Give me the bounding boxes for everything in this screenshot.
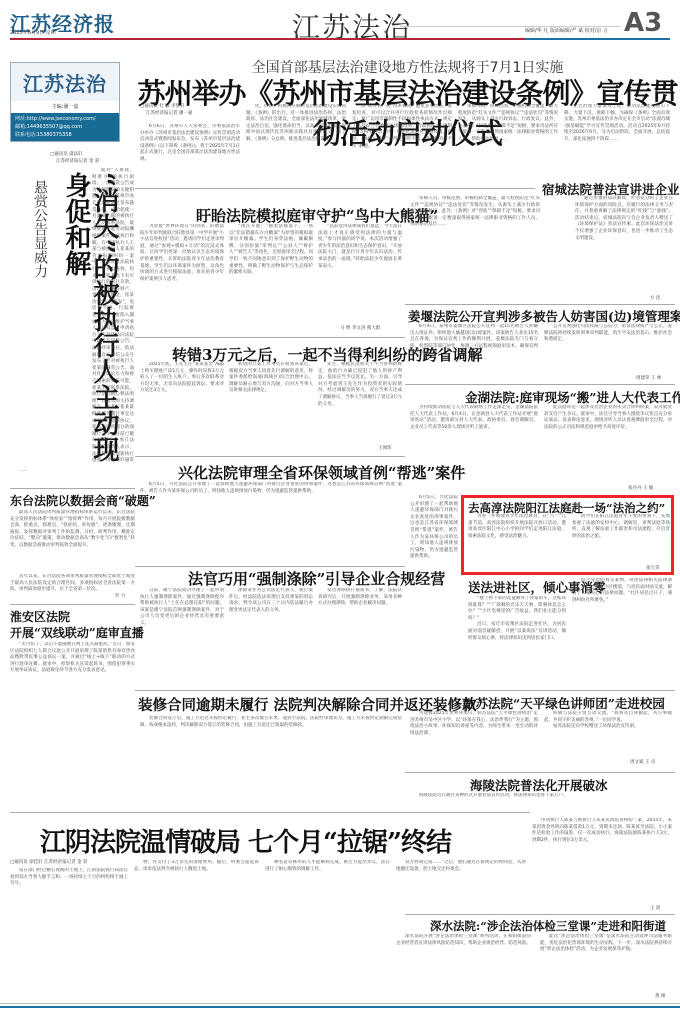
transfer-author: 王闻玮: [378, 446, 392, 453]
huaian-headline-1: 淮安区法院: [10, 608, 70, 625]
email-link[interactable]: 邮箱:1449635507@qq.com: [15, 123, 115, 131]
footer-blue-rule: [0, 1006, 680, 1008]
suqian-author: 方 迅: [650, 296, 660, 303]
masthead-red-rule: [10, 38, 525, 40]
lead-body-col4: 审核人员、审核范围、审核机制全覆盖，最大程度防范“红头文件”“违规协议”“违法处…: [458, 104, 558, 184]
gaochun-body-col1: 为进一步加强青少年法治教育，在“六一”儿童节前，高淳法院组织开展法院开放日活动，…: [468, 514, 566, 572]
suqian-body: 通过形象的知识解读，叶君花分析了企业在环境保护方面的风险点，应履行的法律义务与责…: [575, 196, 673, 294]
left-feature-byline: □通讯员 虞法轩 江苏经济报记者 金 彩: [50, 152, 135, 165]
jiangyan-headline: 姜堰法院公开宣判涉多被告人妨害国(边)境管理案: [408, 307, 680, 325]
jiangyin-body-col3: 种名苗育林木的人才能顺利完成。被告方提出异议，法官进行了耐心细致的调解工作。: [265, 860, 390, 1000]
divider: [405, 914, 675, 915]
xuyi-author: 马 明 李文涛 燕大蔚: [340, 326, 380, 333]
huaian-body: “太可怕了，以后不能随便在网上乱买减肥药。”近日，淮安区法院组织七人制合议庭公开…: [10, 642, 135, 802]
hailing-headline: 海陵法院普法化开展破冰: [470, 776, 608, 794]
xuyi-headline: 盱眙法院模拟庭审守护“鸟中大熊猫”: [196, 205, 438, 226]
transfer-body-col3: 先生，根据民法典关于不当得利的规定，他的行为确已侵犯了他人的财产利益，依法应当予…: [318, 362, 402, 444]
gusu-body-col2: 积极与法院干警互动交流，“我将从自身做起，从小事做起，共同守护美丽的苏州。”一位…: [544, 711, 672, 755]
lishui-headline: 深水法院:“涉企法治体检三堂课”走进和阳街道: [430, 918, 666, 934]
phone-number: 联系电话:15380375358: [15, 131, 115, 139]
chief-editor: 主编:潘一嘉: [11, 101, 119, 113]
gusu-body-col1: 为迎接2025年世界环境日，姑苏法院“天平绿色讲师团”走进苏州市吴中区小学，以“…: [410, 711, 538, 771]
jiangyan-body-col1: 6月4日，泰州市姜堰区法院公开宣判一起15名被告人涉嫌出入境证件、组织他人偷越国…: [410, 324, 538, 384]
small-case-author: 王 晨: [650, 906, 660, 913]
gaochun-body-col2: 同学们在阳江法庭青年干警的带领下，实地参观了法庭的安检中心、调解室、审判法庭等场…: [572, 514, 670, 566]
compliance-headline: 法官巧用“强制涤除”引导企业合规经营: [188, 568, 445, 589]
dongtai-author: 罗 力: [115, 594, 125, 601]
divider: [405, 690, 675, 691]
editor-credits: 编辑/华 凡 版面编辑/严 斌 校对/京 言: [525, 27, 608, 34]
compliance-body-col2: 涤除某作为公司法定代表人，执行案件后，经法院依法审理后支持涤某的诉讼请求，判令该…: [229, 588, 313, 688]
compliance-body-col1: 日前，睢宁法院成功办理了一起申请执行人强制涤除案件，通过强制涤除程序帮助被执行人…: [140, 588, 224, 688]
suqian-body-left: 审核人员、审核范围、审核机制全覆盖，最大程度防范“红头文件”“违规协议”“违法处…: [410, 196, 540, 294]
dongtai-headline: 东台法院以数据会商“破题”: [10, 492, 156, 509]
footer-gray-rule: [0, 1003, 680, 1004]
xuyi-body-col3: “以前觉得法律离我们很远，今天站在法庭上才真正感受到法律的力量与温度。”参与扮演…: [318, 224, 402, 324]
huaian-headline-2: 开展“双线联动”庭审直播: [10, 624, 144, 641]
lishui-body-col2: 此次“涉企法治体检三堂课”是深水法院主动延伸司法服务职能，优化法治化营商环境的生…: [540, 934, 672, 994]
lishui-author: 黄 俊: [655, 994, 665, 1001]
lishui-body-col1: 深水法院开展“涉企法治体检三堂课”系列活动，在和阳街道向企业经营者宣讲法律风险防…: [396, 934, 531, 1000]
divider: [10, 604, 135, 605]
left-feature-body: 面对“人难找、财难寻”的执行困境，一份悬赏公告成为破解僵局的关键钥匙。近日，苏州…: [92, 168, 134, 464]
community-body-col2: 结合身边的真实案例，讲述法律相关法律条文，他们还深入小区楼道，与居民面对面交流，…: [572, 578, 672, 678]
lead-body-col1: 6月6日，苏州市人大常委会、市委依法治市办举办《苏州市基层法治建设条例》宣传贯彻…: [140, 124, 240, 184]
lead-body-col5: 社会治理力量推进工程，推动法治建设重心下移、力量下沉、保障下倾。为确保《条例》全…: [564, 104, 670, 184]
divider: [135, 566, 405, 567]
jiangyin-body-col4: 双方协商完成……”之后，他们通过在新规定的时间里，从原地搬迁设备，把土地交还村委…: [396, 860, 526, 920]
divider: [405, 384, 675, 385]
divider: [405, 304, 675, 305]
website-link[interactable]: 网址:http://www.jseconomy.com/: [15, 115, 115, 123]
jiangyin-body-col1: 站在部门经过精心查勘的土地上，江阴法院执行局法官看到双方当事人握手言和，一场持续…: [10, 868, 128, 1000]
sidebox-title: 江苏法治: [11, 63, 119, 101]
jiangyin-headline: 江阴法院温情破局 七个月“拉锯”终结: [40, 822, 500, 859]
transfer-body-col1: 2025年底，王先生在“某某基金”App上购买理财产品5万元，操作时误将3万元转…: [140, 362, 224, 452]
jinhu-author: 张丹丹 王 敏: [628, 486, 653, 493]
divider: [135, 337, 405, 338]
repair-body: 装修合同签订后，施工方迟迟未按约定履行，业主多次催告未果，遂诉至法院。法院经审理…: [140, 716, 402, 806]
jiangyan-author: 周建荣 王 林: [636, 376, 661, 383]
divider: [10, 812, 530, 813]
small-case-body: 申请执行人陈某与被执行人朱某民间借贷纠纷一案，2015年，朱某因资金周转向陈某借…: [532, 818, 672, 914]
gusu-author: 周文斌 王 贞: [630, 760, 655, 767]
gusu-headline: 姑苏法院“天平绿色讲师团”走进校园: [463, 694, 665, 712]
jinhu-headline: 金湖法院:庭审现场“搬”进人大代表工作站: [465, 388, 680, 406]
section-info-box: 江苏法治 主编:潘一嘉 网址:http://www.jseconomy.com/…: [10, 62, 120, 142]
jiangyan-body-col2: 公开宣判强化司法权威与公信力，彰显法律威严与公正。姜堰法院将持续发挥刑事审判职能…: [544, 324, 672, 376]
divider: [135, 456, 405, 457]
page-number: A3: [624, 8, 662, 38]
jinhu-body-col2: 此次庭审是一起涉及民营企业的买卖合同纠纷案，双方就货款支付产生争议。庭审中，法官…: [544, 405, 672, 487]
jiangyin-byline: □通讯员 徐佳轩 江苏经济报记者 金 彩: [10, 860, 130, 867]
community-body-col1: “楼上掉下来的花盆砸坏了我家的车，这账该找谁算？”“广场舞的音乐天天响，影响休息…: [468, 596, 566, 680]
lead-body-col3: 法“综合查一次”改革模式，避免多头检查、重复检查，对可以合并进行行政检查的情况作…: [352, 104, 452, 184]
lead-byline: □通讯员 杜 颖 李梦轩 江苏经济报记者 潘一嘉: [140, 104, 240, 117]
divider: [135, 188, 535, 189]
gaochun-author: 张久荣: [646, 566, 660, 573]
divider: [135, 690, 405, 691]
jinhu-body-col1: 为持续推动法院与人大代表联络工作走深走实，金湖法院依托人大代表工作站，6月4日，…: [410, 405, 538, 493]
dongtai-body: 最高人民法院审判质量管理指标体系运行以来，东台法院充分发挥指标体系“体检表”“指…: [10, 510, 135, 572]
contact-info: 网址:http://www.jseconomy.com/ 邮箱:14496355…: [11, 113, 119, 141]
left-feature-kicker: 悬赏公告显威力: [30, 180, 50, 300]
issue-date: 2025年6月9日 星期一: [10, 29, 61, 36]
xinghua-body-continued: 6月5日，兴化法院公开审理了一起帮助他人逃避环保部门对排污企业查处的刑事案件，这…: [410, 495, 458, 660]
masthead-blue-rule: [525, 38, 670, 40]
compliance-body-col3: 发出涤除执行通知书，了解，法院认真研究后，开展强制涤除业务，采用多种方式办理涤除…: [318, 588, 402, 688]
transfer-body-col2: 转错的立案工作人员在收到该案后，根据双方当事人同意先行调解的意见，将案件委派给南…: [229, 362, 313, 452]
xuyi-body-col2: “现在开庭！”随着法槌落下，一场以“非法猎捕东方白鹳案”为原型的模拟庭审拉开帷幕…: [229, 224, 313, 332]
divider: [405, 772, 675, 773]
section-title: 江苏法治: [292, 6, 412, 46]
lead-body-col2: 化，同时，积极回应解决基层法治建设实践问题。《条例》的出台，对一体推进法治苏州、…: [246, 104, 346, 184]
xinghua-body: 6月5日，兴化法院公开审理了一起帮助他人逃避环保部门对排污企业查处的刑事案件，这…: [140, 482, 402, 566]
left-feature-body-tail: ……: [10, 468, 135, 486]
divider: [10, 488, 135, 489]
jiangyin-body-col2: 物，并支付了3万余元的清理费用。随后，村委会提起诉讼，请求依法判令被执行人腾退土…: [134, 860, 259, 1000]
xuyi-body-col1: 为迎接“世界环境日”的到来，盱眙法院少年审判庭联合盱眙县第一中学开展“小小法官进…: [140, 224, 224, 332]
